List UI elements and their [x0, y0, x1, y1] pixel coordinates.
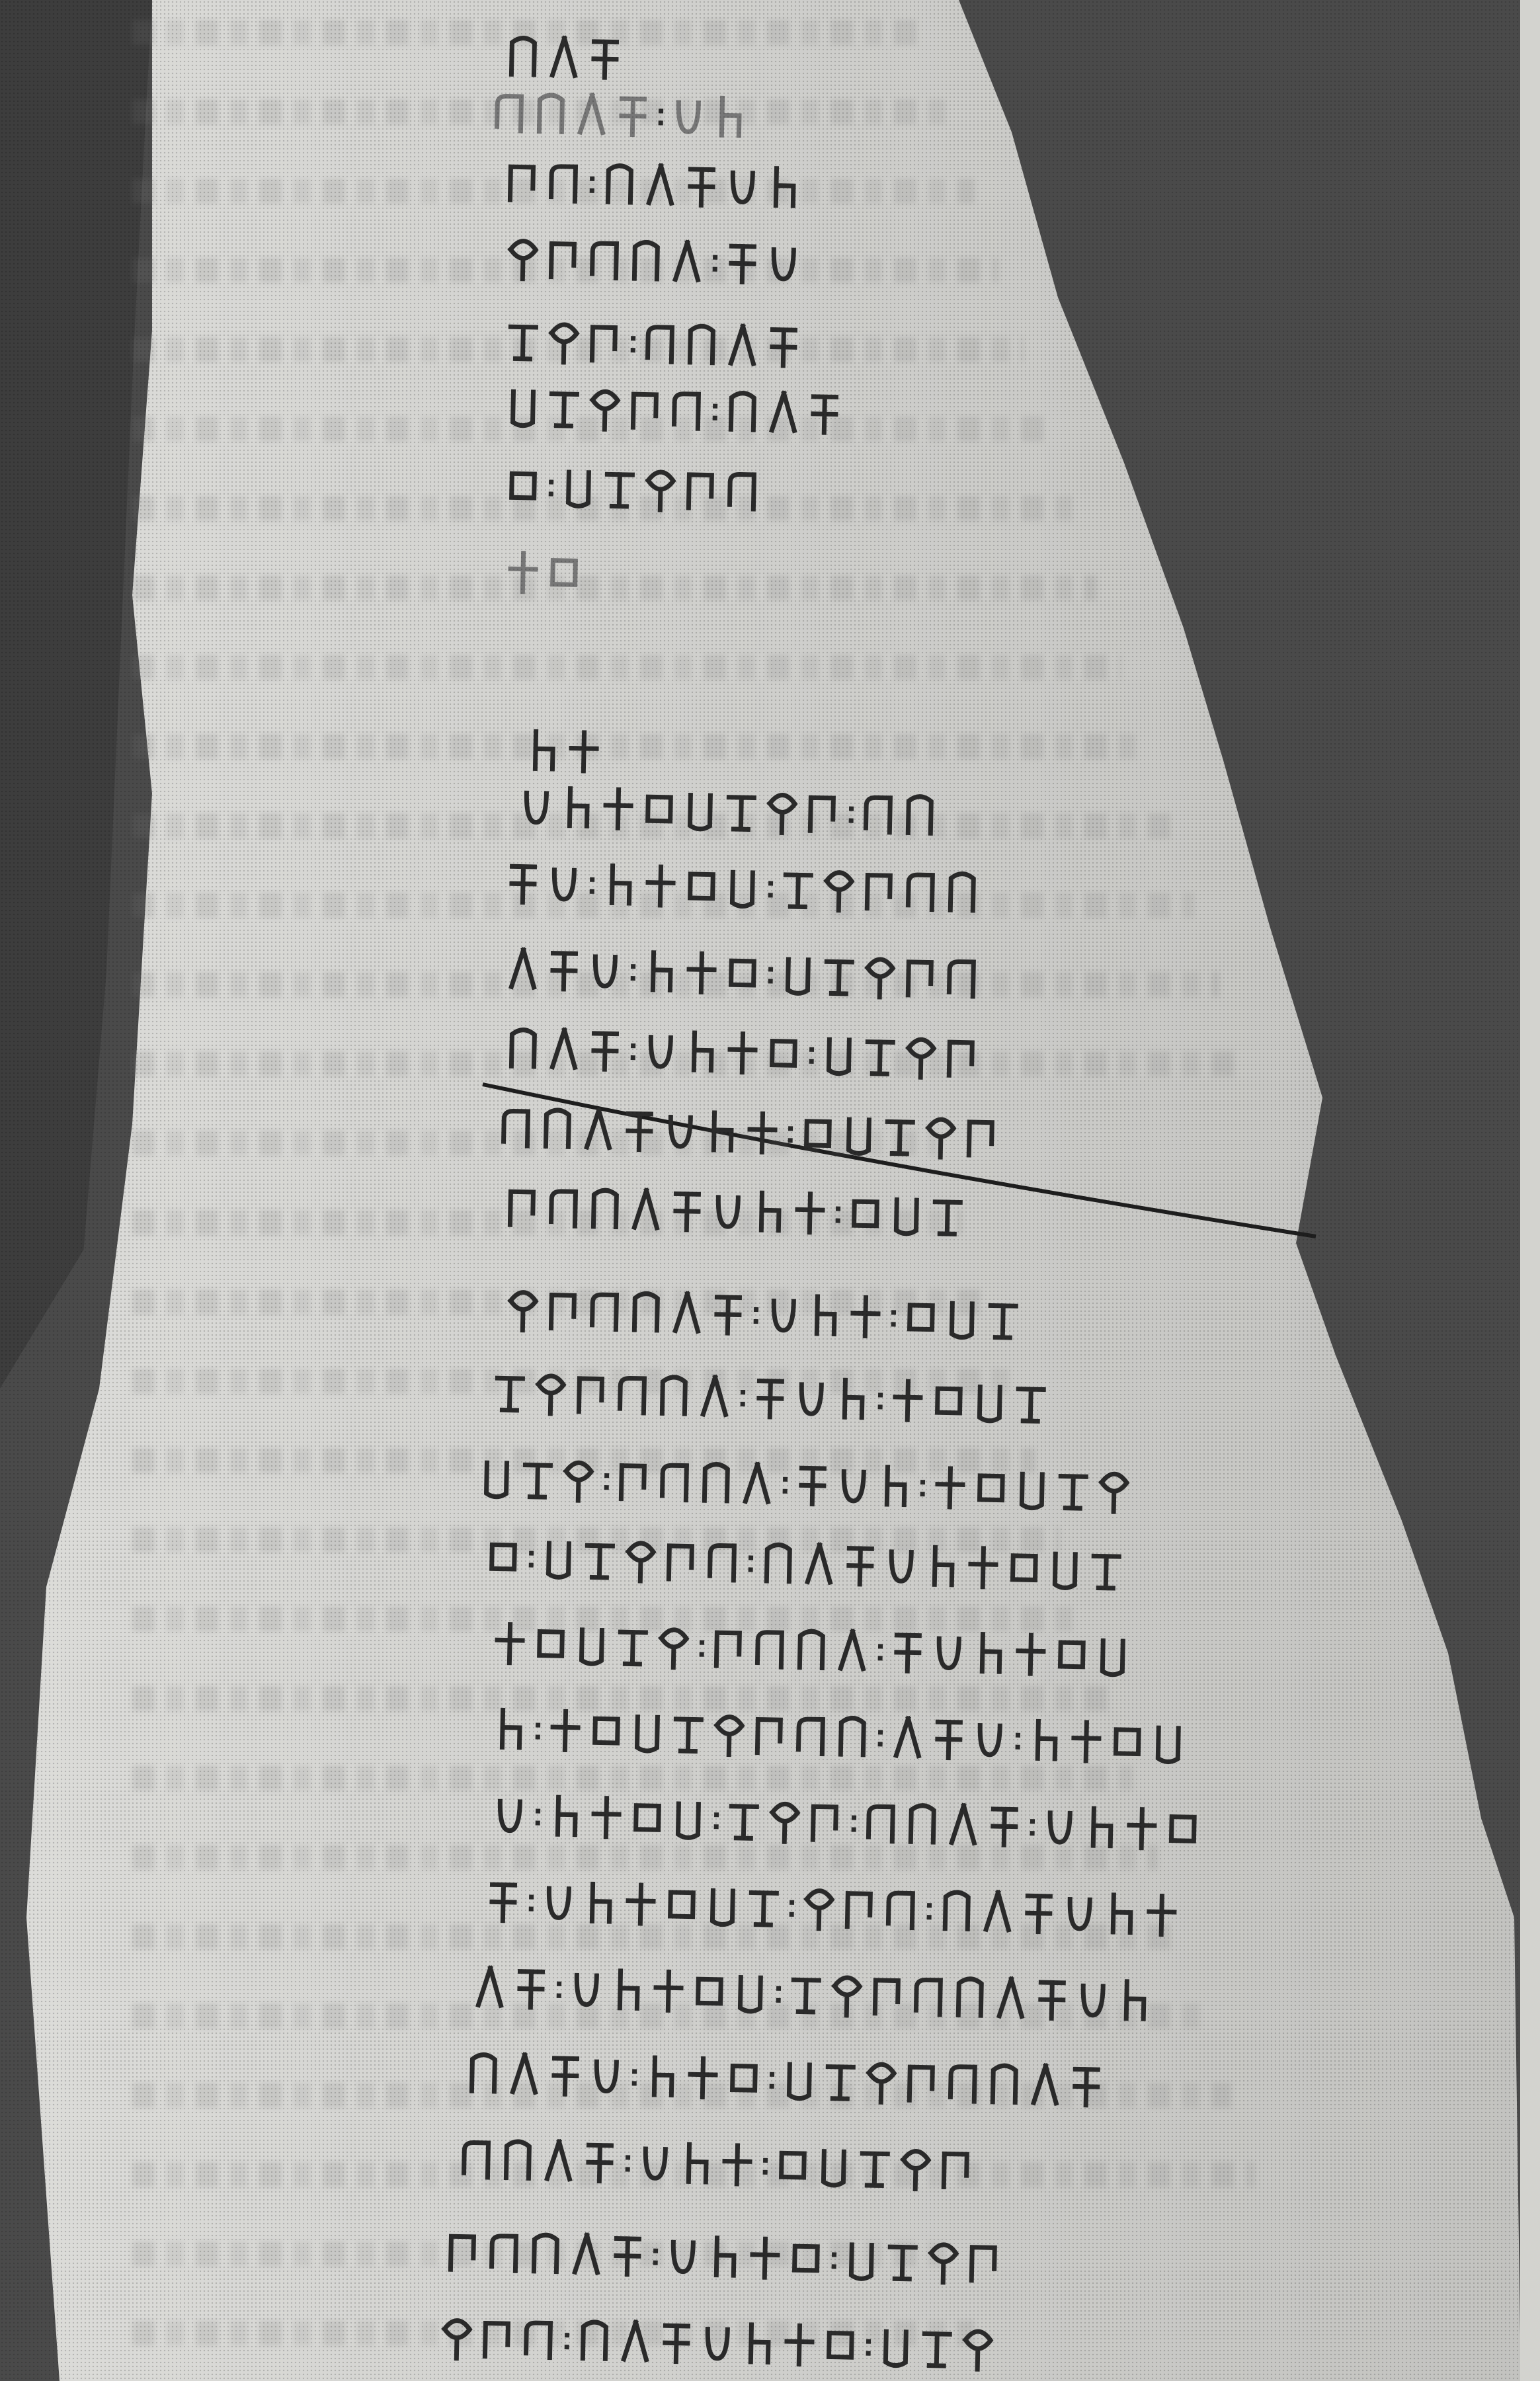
ethiopic-glyph — [941, 864, 983, 921]
ethiopic-glyph — [721, 859, 764, 916]
ethiopic-glyph — [875, 2318, 917, 2376]
ethiopic-glyph — [538, 2132, 580, 2190]
ethiopic-glyph — [502, 1178, 544, 1236]
page-margin — [1520, 0, 1540, 2381]
ethiopic-glyph — [536, 1100, 579, 1157]
word-separator — [647, 2228, 663, 2284]
word-separator — [784, 1879, 799, 1936]
ethiopic-glyph — [708, 1619, 750, 1677]
ethiopic-glyph — [679, 782, 721, 839]
word-separator — [551, 1960, 567, 2017]
ethiopic-glyph — [1018, 1884, 1060, 1941]
inscription-line — [502, 542, 585, 604]
ethiopic-glyph — [859, 948, 901, 1005]
word-separator — [707, 383, 723, 440]
word-separator — [843, 785, 859, 842]
ethiopic-glyph — [489, 1787, 531, 1844]
ethiopic-glyph — [832, 1457, 875, 1514]
ethiopic-glyph — [1065, 2057, 1108, 2115]
ethiopic-glyph — [702, 1533, 744, 1591]
ethiopic-glyph — [900, 1289, 942, 1347]
ethiopic-glyph — [936, 2140, 978, 2198]
ethiopic-glyph — [1141, 1886, 1183, 1944]
word-separator — [770, 1965, 786, 2022]
inscription-line — [456, 2129, 978, 2199]
ethiopic-glyph — [778, 2051, 821, 2109]
ethiopic-glyph — [716, 2136, 758, 2193]
inscription-line — [515, 777, 941, 845]
word-separator — [872, 1709, 888, 1765]
ethiopic-glyph — [538, 1530, 580, 1588]
ethiopic-glyph — [666, 1182, 708, 1239]
ethiopic-glyph — [565, 2226, 608, 2283]
ethiopic-glyph — [928, 1373, 970, 1430]
ethiopic-glyph — [612, 1617, 654, 1675]
ethiopic-glyph — [584, 231, 626, 289]
ethiopic-glyph — [579, 1875, 621, 1932]
ethiopic-glyph — [962, 1539, 1004, 1596]
ethiopic-glyph — [859, 862, 901, 919]
ethiopic-glyph — [831, 1371, 873, 1428]
ethiopic-glyph — [598, 856, 641, 914]
ethiopic-glyph — [585, 2047, 628, 2105]
ethiopic-glyph — [489, 1615, 531, 1672]
ethiopic-glyph — [1011, 1461, 1053, 1518]
ethiopic-glyph — [797, 1106, 839, 1163]
ethiopic-glyph — [543, 544, 585, 602]
word-separator — [559, 2312, 575, 2368]
ethiopic-glyph — [584, 30, 626, 87]
ethiopic-glyph — [442, 2223, 485, 2280]
word-separator — [803, 1026, 819, 1083]
ethiopic-glyph — [790, 1707, 832, 1765]
ethiopic-glyph — [901, 1795, 944, 1853]
ethiopic-glyph — [1031, 1970, 1073, 2028]
ethiopic-glyph — [584, 942, 626, 1000]
word-separator — [625, 1022, 641, 1079]
ethiopic-glyph — [1072, 1971, 1114, 2029]
ethiopic-glyph — [634, 2134, 676, 2192]
ethiopic-glyph — [802, 784, 844, 842]
ethiopic-glyph — [680, 944, 723, 1002]
ethiopic-glyph — [941, 1029, 983, 1086]
ethiopic-glyph — [497, 2131, 539, 2189]
ethiopic-glyph — [1100, 1886, 1142, 1943]
ethiopic-glyph — [584, 1283, 626, 1340]
word-separator — [764, 2051, 780, 2108]
word-separator — [743, 1534, 758, 1591]
ethiopic-glyph — [584, 380, 626, 438]
ethiopic-glyph — [543, 379, 585, 436]
ethiopic-glyph — [818, 947, 860, 1004]
ethiopic-glyph — [840, 2232, 883, 2289]
ethiopic-glyph — [790, 1621, 832, 1679]
word-separator — [530, 1701, 546, 1758]
ethiopic-glyph — [585, 1703, 628, 1760]
word-separator — [762, 860, 778, 916]
ethiopic-glyph — [614, 2313, 657, 2370]
ethiopic-glyph — [1065, 1713, 1108, 1770]
ethiopic-glyph — [941, 949, 983, 1007]
ethiopic-glyph — [655, 2314, 698, 2371]
ethiopic-glyph — [524, 2225, 567, 2282]
ethiopic-glyph — [721, 317, 764, 374]
inscription-line — [495, 1098, 1003, 1168]
ethiopic-glyph — [543, 28, 585, 86]
ethiopic-glyph — [936, 1882, 978, 1939]
ethiopic-glyph — [696, 2314, 739, 2372]
ethiopic-glyph — [1085, 1541, 1127, 1599]
word-separator — [625, 315, 641, 372]
ethiopic-glyph — [515, 778, 557, 836]
ethiopic-glyph — [777, 860, 819, 918]
ethiopic-glyph — [707, 1285, 749, 1343]
ethiopic-glyph — [867, 1967, 909, 2025]
ethiopic-glyph — [983, 1797, 1026, 1855]
ethiopic-glyph — [1010, 1375, 1052, 1432]
ethiopic-glyph — [502, 153, 544, 211]
ethiopic-glyph — [680, 1024, 723, 1081]
inscription-line — [502, 152, 805, 218]
ethiopic-glyph — [571, 1365, 613, 1423]
ethiopic-glyph — [772, 2137, 814, 2195]
ethiopic-glyph — [762, 1286, 805, 1344]
ethiopic-glyph — [881, 2232, 924, 2290]
ethiopic-glyph — [584, 1180, 626, 1238]
word-separator — [523, 1529, 539, 1586]
ethiopic-glyph — [1162, 1800, 1204, 1858]
ethiopic-glyph — [789, 1184, 831, 1242]
ethiopic-glyph — [901, 2054, 944, 2111]
ethiopic-glyph — [477, 2310, 519, 2367]
ethiopic-glyph — [613, 1452, 655, 1510]
ethiopic-glyph — [518, 2311, 560, 2368]
ethiopic-glyph — [721, 383, 764, 440]
ethiopic-glyph — [942, 1796, 985, 1853]
ethiopic-glyph — [598, 460, 641, 517]
ethiopic-glyph — [982, 1291, 1024, 1348]
ethiopic-glyph — [721, 462, 764, 520]
word-separator — [543, 458, 559, 515]
ethiopic-glyph — [860, 2053, 903, 2111]
ethiopic-glyph — [858, 786, 900, 843]
ethiopic-glyph — [659, 1102, 702, 1160]
ethiopic-glyph — [921, 1538, 963, 1595]
ethiopic-glyph — [579, 1531, 621, 1588]
ethiopic-glyph — [469, 1958, 511, 2016]
ethiopic-glyph — [618, 1102, 661, 1159]
word-separator — [584, 155, 600, 212]
word-separator — [885, 1289, 901, 1346]
ethiopic-glyph — [1121, 1800, 1163, 1857]
ethiopic-glyph — [819, 2052, 862, 2109]
ethiopic-glyph — [873, 1458, 916, 1515]
ethiopic-glyph — [749, 1620, 791, 1677]
ethiopic-glyph — [838, 1106, 880, 1164]
ethiopic-glyph — [963, 2234, 1006, 2292]
ethiopic-glyph — [790, 1370, 832, 1428]
ethiopic-glyph — [749, 1369, 791, 1426]
ethiopic-glyph — [606, 1961, 649, 2019]
ethiopic-glyph — [584, 314, 626, 372]
ethiopic-glyph — [721, 1024, 764, 1082]
ethiopic-glyph — [778, 2316, 821, 2374]
ethiopic-glyph — [899, 786, 941, 844]
ethiopic-glyph — [860, 1795, 903, 1852]
word-separator — [1024, 1798, 1040, 1855]
ethiopic-glyph — [818, 861, 860, 918]
ethiopic-glyph — [502, 1281, 544, 1338]
ethiopic-glyph — [743, 1878, 785, 1935]
ethiopic-glyph — [723, 2050, 765, 2107]
ethiopic-glyph — [762, 383, 805, 441]
ethiopic-glyph — [612, 87, 654, 144]
ethiopic-glyph — [1003, 1540, 1045, 1597]
ethiopic-glyph — [1010, 1626, 1052, 1683]
ethiopic-glyph — [482, 1873, 524, 1930]
ethiopic-glyph — [1106, 1714, 1149, 1771]
word-separator — [860, 2318, 876, 2374]
ethiopic-glyph — [675, 2135, 717, 2193]
word-separator — [762, 946, 778, 1002]
word-separator — [914, 1459, 930, 1515]
ethiopic-glyph — [922, 2233, 965, 2290]
word-separator — [921, 1882, 937, 1939]
ethiopic-glyph — [516, 1450, 559, 1508]
ethiopic-glyph — [819, 2317, 862, 2374]
ethiopic-glyph — [818, 1026, 860, 1084]
ethiopic-glyph — [900, 863, 942, 920]
ethiopic-glyph — [688, 1963, 731, 2021]
ethiopic-glyph — [720, 783, 762, 840]
ethiopic-glyph — [1051, 1627, 1093, 1684]
ethiopic-glyph — [653, 1618, 695, 1675]
ethiopic-glyph — [969, 1711, 1011, 1768]
ethiopic-glyph — [510, 1959, 552, 2017]
ethiopic-glyph — [969, 1625, 1011, 1682]
inscription-line — [442, 2222, 1006, 2293]
ethiopic-glyph — [1044, 1541, 1086, 1598]
ethiopic-glyph — [737, 2316, 780, 2373]
ethiopic-glyph — [764, 1793, 806, 1850]
ethiopic-glyph — [831, 1622, 873, 1679]
ethiopic-glyph — [928, 1710, 970, 1767]
ethiopic-glyph — [749, 1706, 791, 1763]
ethiopic-glyph — [844, 1288, 887, 1346]
word-separator — [598, 1452, 614, 1509]
word-separator — [584, 856, 600, 913]
ethiopic-glyph — [777, 946, 819, 1004]
ethiopic-glyph — [544, 1702, 587, 1759]
ethiopic-glyph — [585, 1789, 628, 1846]
inscription-line — [502, 1018, 983, 1088]
ethiopic-glyph — [680, 157, 723, 215]
ethiopic-glyph — [900, 1028, 942, 1086]
ethiopic-glyph — [662, 2228, 704, 2285]
word-separator — [735, 1369, 750, 1426]
ethiopic-glyph — [729, 1964, 772, 2021]
ethiopic-glyph — [880, 1881, 922, 1939]
ethiopic-glyph — [639, 315, 682, 372]
ethiopic-glyph — [666, 1284, 708, 1342]
ethiopic-glyph — [625, 381, 667, 438]
ethiopic-glyph — [969, 1373, 1011, 1431]
ethiopic-glyph — [1092, 1627, 1134, 1685]
ethiopic-glyph — [530, 85, 572, 142]
ethiopic-glyph — [626, 1703, 669, 1761]
ethiopic-glyph — [626, 1789, 669, 1847]
ethiopic-glyph — [990, 1970, 1032, 2027]
ethiopic-glyph — [502, 544, 544, 601]
ethiopic-glyph — [721, 945, 764, 1002]
inscription-line — [502, 377, 846, 444]
ethiopic-glyph — [639, 1022, 682, 1080]
inscription-line — [502, 1177, 969, 1246]
ethiopic-glyph — [887, 1372, 929, 1430]
ethiopic-glyph — [667, 1791, 709, 1848]
ethiopic-glyph — [502, 229, 544, 287]
ethiopic-glyph — [721, 158, 764, 216]
word-separator — [530, 1787, 546, 1844]
ethiopic-glyph — [929, 1459, 971, 1516]
ethiopic-glyph — [970, 1460, 1012, 1517]
word-separator — [782, 1105, 798, 1162]
ethiopic-glyph — [543, 941, 585, 998]
word-separator — [872, 1371, 888, 1428]
ethiopic-glyph — [708, 89, 750, 146]
ethiopic-glyph — [723, 1791, 765, 1849]
ethiopic-glyph — [543, 154, 585, 212]
ethiopic-glyph — [1080, 1799, 1122, 1857]
ethiopic-glyph — [957, 2320, 999, 2378]
ethiopic-glyph — [661, 1877, 703, 1934]
ethiopic-glyph — [983, 2056, 1026, 2113]
ethiopic-glyph — [654, 1453, 696, 1511]
ethiopic-glyph — [639, 156, 682, 214]
ethiopic-glyph — [1024, 2056, 1067, 2114]
ethiopic-glyph — [543, 1281, 585, 1339]
ethiopic-glyph — [625, 1181, 667, 1238]
inscription-line — [502, 939, 983, 1008]
ethiopic-glyph — [667, 88, 709, 145]
word-separator — [826, 2231, 842, 2288]
ethiopic-glyph — [798, 1535, 840, 1593]
ethiopic-glyph — [639, 857, 682, 914]
ethiopic-glyph — [502, 458, 544, 515]
word-separator — [872, 1623, 888, 1679]
ethiopic-glyph — [571, 86, 613, 143]
ethiopic-glyph — [502, 312, 544, 370]
ethiopic-glyph — [495, 1099, 538, 1156]
ethiopic-glyph — [839, 1536, 881, 1594]
ethiopic-glyph — [543, 313, 585, 370]
ethiopic-glyph — [908, 1968, 950, 2025]
inscription-line — [502, 456, 764, 521]
ethiopic-glyph — [502, 940, 544, 998]
ethiopic-glyph — [502, 854, 544, 912]
ethiopic-glyph — [854, 2139, 896, 2197]
ethiopic-glyph — [803, 385, 846, 442]
inscription-line — [502, 1279, 1024, 1350]
ethiopic-glyph — [641, 2048, 683, 2106]
ethiopic-glyph — [707, 1183, 749, 1240]
ethiopic-glyph — [885, 1186, 928, 1244]
ethiopic-glyph — [703, 2228, 745, 2286]
ethiopic-glyph — [625, 1283, 667, 1341]
ethiopic-glyph — [791, 1456, 834, 1513]
word-separator — [777, 1456, 793, 1513]
word-separator — [523, 1873, 539, 1930]
ethiopic-glyph — [916, 2319, 958, 2376]
ethiopic-glyph — [694, 1368, 736, 1426]
ethiopic-glyph — [741, 1104, 784, 1162]
inscription-line — [489, 1362, 1052, 1433]
ethiopic-glyph — [798, 1879, 840, 1937]
ethiopic-glyph — [695, 1454, 737, 1512]
photograph — [0, 0, 1540, 2381]
ethiopic-glyph — [565, 1960, 608, 2018]
ethiopic-glyph — [666, 233, 708, 290]
inscription-line — [502, 853, 983, 922]
ethiopic-glyph — [887, 1623, 929, 1681]
ethiopic-glyph — [638, 781, 680, 838]
ethiopic-glyph — [573, 2312, 616, 2369]
ethiopic-glyph — [483, 2224, 526, 2281]
ethiopic-glyph — [826, 1966, 868, 2023]
ethiopic-glyph — [530, 1615, 572, 1673]
ethiopic-glyph — [462, 2044, 505, 2102]
ethiopic-glyph — [895, 2140, 937, 2197]
ethiopic-glyph — [1024, 1712, 1067, 1769]
word-separator — [757, 2137, 773, 2194]
ethiopic-glyph — [489, 1701, 531, 1758]
ethiopic-glyph — [762, 1025, 805, 1082]
ethiopic-glyph — [762, 235, 805, 292]
ethiopic-glyph — [530, 1364, 572, 1422]
ethiopic-glyph — [544, 1788, 587, 1845]
ethiopic-glyph — [598, 155, 641, 213]
inscription-line — [502, 311, 805, 377]
ethiopic-glyph — [1113, 1972, 1155, 2029]
ethiopic-glyph — [887, 1709, 929, 1767]
ethiopic-glyph — [667, 1705, 709, 1762]
word-separator — [846, 1794, 862, 1851]
ethiopic-glyph — [748, 1184, 790, 1241]
word-separator — [694, 1619, 709, 1676]
ethiopic-glyph — [639, 943, 682, 1000]
ethiopic-glyph — [502, 28, 544, 85]
ethiopic-glyph — [736, 1455, 778, 1512]
ethiopic-glyph — [543, 1020, 585, 1078]
ethiopic-glyph — [625, 232, 667, 290]
inscription-line — [522, 721, 605, 782]
inscription-line — [502, 228, 805, 294]
word-separator — [708, 1791, 724, 1848]
ethiopic-glyph — [666, 382, 708, 439]
ethiopic-glyph — [543, 230, 585, 288]
word-separator — [626, 2048, 642, 2105]
ethiopic-glyph — [544, 2046, 587, 2104]
ethiopic-glyph — [928, 1624, 970, 1681]
ethiopic-glyph — [831, 1708, 873, 1765]
ethiopic-glyph — [680, 316, 723, 374]
word-separator — [620, 2134, 635, 2191]
ethiopic-glyph — [620, 1875, 662, 1933]
ethiopic-glyph — [1147, 1715, 1190, 1772]
ethiopic-glyph — [803, 1287, 846, 1345]
ethiopic-glyph — [680, 858, 723, 916]
ethiopic-glyph — [647, 1962, 690, 2020]
